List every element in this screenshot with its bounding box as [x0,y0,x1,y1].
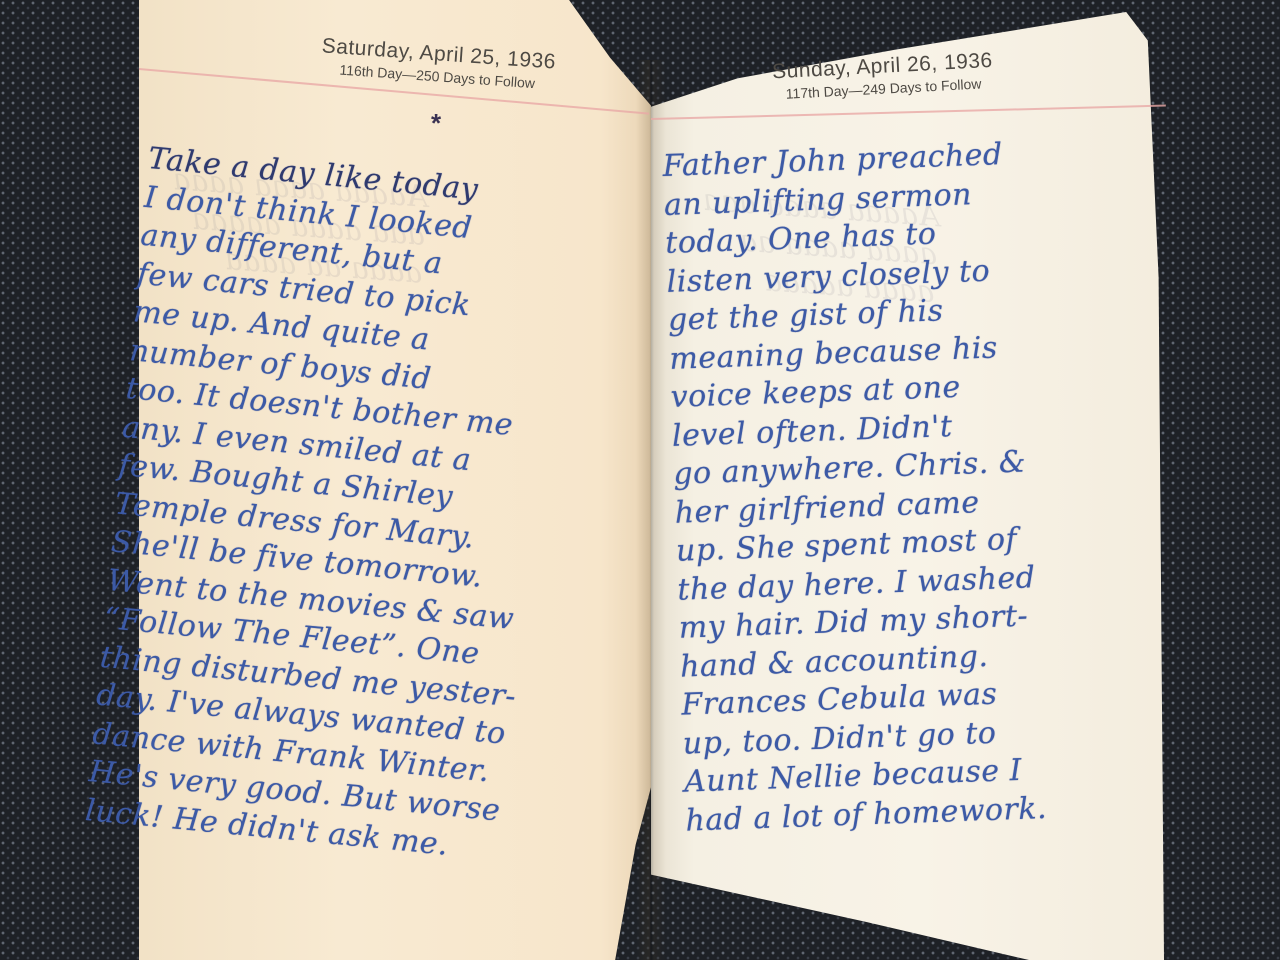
left-page-entry: Take a day like today I don't think I lo… [84,140,566,870]
asterisk-mark: * [431,108,441,139]
right-page-entry: Father John preached an uplifting sermon… [662,135,1048,840]
open-diary: Aaaaa aaaa aaaaaaa aaaa aaaaaaaaa aa aaa… [0,0,1280,960]
